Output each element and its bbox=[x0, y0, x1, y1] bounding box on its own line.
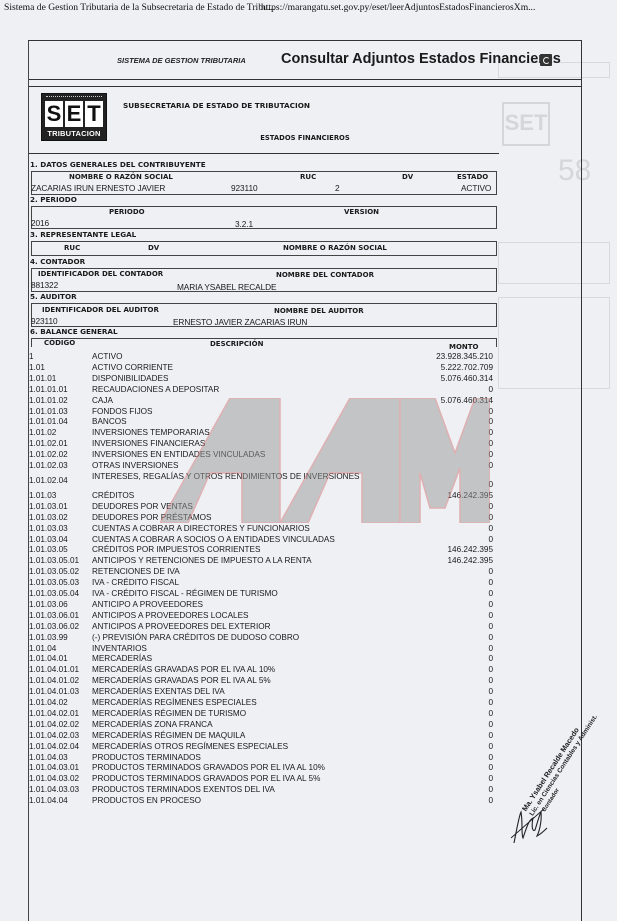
row-description: CRÉDITOS POR IMPUESTOS CORRIENTES bbox=[92, 545, 362, 555]
table-row: 1.01.03.06ANTICIPO A PROVEEDORES0 bbox=[29, 600, 493, 611]
table-row: 1.01.01.04BANCOS0 bbox=[29, 417, 493, 428]
table-row: 1.01.04.02.03MERCADERÍAS RÉGIMEN DE MAQU… bbox=[29, 731, 493, 742]
row-code: 1.01.02.01 bbox=[29, 439, 68, 449]
row-code: 1.01.04 bbox=[29, 644, 56, 654]
row-code: 1.01.04.03 bbox=[29, 753, 68, 763]
table-row: 1.01.02.01INVERSIONES FINANCIERAS0 bbox=[29, 439, 493, 450]
table-row: 1.01.04.02MERCADERÍAS REGÍMENES ESPECIAL… bbox=[29, 698, 493, 709]
system-name: SISTEMA DE GESTION TRIBUTARIA bbox=[117, 56, 246, 65]
row-code: 1.01.04.02.03 bbox=[29, 731, 79, 741]
table-row: 1.01.03.06.01ANTICIPOS A PROVEEDORES LOC… bbox=[29, 611, 493, 622]
table-row: 1.01.04.03.02PRODUCTOS TERMINADOS GRAVAD… bbox=[29, 774, 493, 785]
row-code: 1.01.04.03.01 bbox=[29, 763, 79, 773]
table-row: 1.01.04INVENTARIOS0 bbox=[29, 644, 493, 655]
header-nombre-auditor: NOMBRE DEL AUDITOR bbox=[274, 307, 364, 315]
row-description: MERCADERÍAS EXENTAS DEL IVA bbox=[92, 687, 362, 697]
header-nombre: NOMBRE O RAZÓN SOCIAL bbox=[69, 173, 173, 181]
row-code: 1.01.01.02 bbox=[29, 396, 68, 406]
periodo-box: PERIODO VERSION 2016 3.2.1 bbox=[31, 206, 497, 229]
table-row: 1.01.03CRÉDITOS146.242.395 bbox=[29, 491, 493, 502]
document-page: SISTEMA DE GESTION TRIBUTARIA Consultar … bbox=[28, 40, 582, 921]
section-title-periodo: 2. PERIODO bbox=[30, 195, 77, 204]
row-description: ANTICIPOS Y RETENCIONES DE IMPUESTO A LA… bbox=[92, 556, 362, 566]
section-title-balance: 6. BALANCE GENERAL bbox=[30, 327, 118, 336]
header-monto: MONTO bbox=[449, 343, 479, 351]
header-ruc: RUC bbox=[300, 173, 316, 181]
header-dv: DV bbox=[402, 173, 413, 181]
row-description: INTERESES, REGALÍAS Y OTROS RENDIMIENTOS… bbox=[92, 472, 362, 481]
row-code: 1.01.03.06.01 bbox=[29, 611, 79, 621]
row-code: 1.01.04.02.02 bbox=[29, 720, 79, 730]
row-amount: 0 bbox=[488, 774, 493, 784]
row-code: 1.01.01 bbox=[29, 374, 56, 384]
header-id-contador: IDENTIFICADOR DEL CONTADOR bbox=[38, 270, 163, 278]
row-code: 1.01.01.01 bbox=[29, 385, 68, 395]
table-row: 1.01.01DISPONIBILIDADES5.076.460.314 bbox=[29, 374, 493, 385]
row-description: ANTICIPO A PROVEEDORES bbox=[92, 600, 362, 610]
row-amount: 0 bbox=[488, 796, 493, 806]
row-code: 1.01.04.03.03 bbox=[29, 785, 79, 795]
row-description: IVA - CRÉDITO FISCAL - RÉGIMEN DE TURISM… bbox=[92, 589, 362, 599]
row-amount: 0 bbox=[488, 687, 493, 697]
row-amount: 0 bbox=[488, 407, 493, 417]
row-code: 1.01.01.04 bbox=[29, 417, 68, 427]
row-amount: 0 bbox=[488, 535, 493, 545]
value-ruc: 923110 bbox=[231, 183, 257, 193]
table-row: 1.01.03.06.02ANTICIPOS A PROVEEDORES DEL… bbox=[29, 622, 493, 633]
row-description: ANTICIPOS A PROVEEDORES DEL EXTERIOR bbox=[92, 622, 362, 632]
row-code: 1.01.02.02 bbox=[29, 450, 68, 460]
row-code: 1.01.04.01.02 bbox=[29, 676, 79, 686]
header-codigo: CÓDIGO bbox=[44, 339, 75, 347]
row-description: RECAUDACIONES A DEPOSITAR bbox=[92, 385, 362, 395]
row-amount: 0 bbox=[488, 633, 493, 643]
value-nombre: ZACARIAS IRUN ERNESTO JAVIER bbox=[31, 183, 165, 193]
row-description: MERCADERÍAS RÉGIMEN DE MAQUILA bbox=[92, 731, 362, 741]
row-amount: 0 bbox=[488, 524, 493, 534]
row-amount: 5.076.460.314 bbox=[441, 396, 493, 406]
row-description: DEUDORES POR PRÉSTAMOS bbox=[92, 513, 362, 523]
section-title-contribuyente: 1. DATOS GENERALES DEL CONTRIBUYENTE bbox=[30, 160, 206, 169]
table-row: 1.01.04.03.01PRODUCTOS TERMINADOS GRAVAD… bbox=[29, 763, 493, 774]
row-amount: 0 bbox=[488, 785, 493, 795]
row-code: 1.01.01.03 bbox=[29, 407, 68, 417]
auditor-box: IDENTIFICADOR DEL AUDITOR NOMBRE DEL AUD… bbox=[31, 303, 497, 327]
row-amount: 0 bbox=[488, 698, 493, 708]
table-row: 1.01.03.99(-) PREVISIÓN PARA CRÉDITOS DE… bbox=[29, 633, 493, 644]
row-amount: 146.242.395 bbox=[447, 545, 493, 555]
table-row: 1.01.04.03.03PRODUCTOS TERMINADOS EXENTO… bbox=[29, 785, 493, 796]
value-nombre-auditor: ERNESTO JAVIER ZACARIAS IRUN bbox=[173, 317, 307, 327]
section-title-contador: 4. CONTADOR bbox=[30, 257, 85, 266]
row-description: CUENTAS A COBRAR A DIRECTORES Y FUNCIONA… bbox=[92, 524, 362, 534]
value-estado: ACTIVO bbox=[461, 183, 491, 193]
row-code: 1.01.04.04 bbox=[29, 796, 68, 806]
table-row: 1.01.02INVERSIONES TEMPORARIAS0 bbox=[29, 428, 493, 439]
row-code: 1.01.03.02 bbox=[29, 513, 68, 523]
document-title: ESTADOS FINANCIEROS bbox=[29, 134, 581, 142]
header-id-auditor: IDENTIFICADOR DEL AUDITOR bbox=[42, 306, 159, 314]
logo-letter: E bbox=[65, 101, 83, 127]
row-code: 1.01.03.05.01 bbox=[29, 556, 79, 566]
row-code: 1.01.03.06 bbox=[29, 600, 68, 610]
row-description: BANCOS bbox=[92, 417, 362, 427]
table-row: 1.01.03.05.02RETENCIONES DE IVA0 bbox=[29, 567, 493, 578]
row-code: 1.01.03.05 bbox=[29, 545, 68, 555]
row-code: 1.01.03.99 bbox=[29, 633, 68, 643]
row-code: 1.01.03.01 bbox=[29, 502, 68, 512]
row-code: 1.01.04.02 bbox=[29, 698, 68, 708]
table-row: 1.01.01.02CAJA5.076.460.314 bbox=[29, 396, 493, 407]
value-dv: 2 bbox=[335, 183, 340, 193]
logo-letter: T bbox=[85, 101, 103, 127]
row-amount: 0 bbox=[488, 567, 493, 577]
row-amount: 0 bbox=[488, 709, 493, 719]
row-amount: 23.928.345.210 bbox=[436, 352, 493, 362]
row-code: 1.01.03.05.03 bbox=[29, 578, 79, 588]
row-description: MERCADERÍAS GRAVADAS POR EL IVA AL 10% bbox=[92, 665, 362, 675]
table-row: 1.01.02.02INVERSIONES EN ENTIDADES VINCU… bbox=[29, 450, 493, 461]
divider bbox=[29, 153, 499, 154]
row-amount: 0 bbox=[488, 676, 493, 686]
contribuyente-box: NOMBRE O RAZÓN SOCIAL RUC DV ESTADO ZACA… bbox=[31, 171, 497, 195]
row-code: 1.01.03.05.04 bbox=[29, 589, 79, 599]
row-description: ACTIVO CORRIENTE bbox=[92, 363, 362, 373]
section-title-auditor: 5. AUDITOR bbox=[30, 292, 77, 301]
row-amount: 0 bbox=[488, 654, 493, 664]
browser-url: https://marangatu.set.gov.py/eset/leerAd… bbox=[261, 2, 535, 13]
row-description: INVERSIONES EN ENTIDADES VINCULADAS bbox=[92, 450, 362, 460]
balance-header-box bbox=[31, 338, 497, 347]
row-description: IVA - CRÉDITO FISCAL bbox=[92, 578, 362, 588]
row-description: MERCADERÍAS GRAVADAS POR EL IVA AL 5% bbox=[92, 676, 362, 686]
table-row: 1.01.04.01MERCADERÍAS0 bbox=[29, 654, 493, 665]
table-row: 1.01.03.04CUENTAS A COBRAR A SOCIOS O A … bbox=[29, 535, 493, 546]
row-description: PRODUCTOS TERMINADOS GRAVADOS POR EL IVA… bbox=[92, 763, 362, 773]
table-row: 1.01.04.04PRODUCTOS EN PROCESO0 bbox=[29, 796, 493, 807]
row-amount: 0 bbox=[488, 502, 493, 512]
header-nombre: NOMBRE O RAZÓN SOCIAL bbox=[283, 244, 387, 252]
row-description: (-) PREVISIÓN PARA CRÉDITOS DE DUDOSO CO… bbox=[92, 633, 362, 643]
row-code: 1 bbox=[29, 352, 34, 362]
row-description: RETENCIONES DE IVA bbox=[92, 567, 362, 577]
row-code: 1.01 bbox=[29, 363, 45, 373]
table-row: 1.01.04.03PRODUCTOS TERMINADOS0 bbox=[29, 753, 493, 764]
row-code: 1.01.03.04 bbox=[29, 535, 68, 545]
row-amount: 0 bbox=[488, 742, 493, 752]
header-dv: DV bbox=[148, 244, 159, 252]
row-description: PRODUCTOS TERMINADOS EXENTOS DEL IVA bbox=[92, 785, 362, 795]
row-description: CUENTAS A COBRAR A SOCIOS O A ENTIDADES … bbox=[92, 535, 362, 545]
row-description: MERCADERÍAS ZONA FRANCA bbox=[92, 720, 362, 730]
header-periodo: PERIODO bbox=[109, 208, 145, 216]
row-code: 1.01.03.06.02 bbox=[29, 622, 79, 632]
row-description: INVERSIONES TEMPORARIAS bbox=[92, 428, 362, 438]
agency-name: SUBSECRETARIA DE ESTADO DE TRIBUTACION bbox=[123, 101, 310, 110]
header-estado: ESTADO bbox=[457, 173, 488, 181]
section-title-representante: 3. REPRESENTANTE LEGAL bbox=[30, 230, 136, 239]
row-description: INVENTARIOS bbox=[92, 644, 362, 654]
row-amount: 0 bbox=[488, 611, 493, 621]
table-row: 1.01.04.02.04MERCADERÍAS OTROS REGÍMENES… bbox=[29, 742, 493, 753]
row-code: 1.01.02 bbox=[29, 428, 56, 438]
row-amount: 146.242.395 bbox=[447, 556, 493, 566]
header-version: VERSION bbox=[344, 208, 379, 216]
row-code: 1.01.02.04 bbox=[29, 476, 68, 486]
value-periodo: 2016 bbox=[31, 218, 49, 228]
table-row: 1.01.04.01.03MERCADERÍAS EXENTAS DEL IVA… bbox=[29, 687, 493, 698]
table-row: 1.01.04.02.02MERCADERÍAS ZONA FRANCA0 bbox=[29, 720, 493, 731]
row-description: MERCADERÍAS OTROS REGÍMENES ESPECIALES bbox=[92, 742, 362, 752]
header-descripcion: DESCRIPCIÓN bbox=[210, 340, 263, 348]
row-code: 1.01.03 bbox=[29, 491, 56, 501]
row-description: DEUDORES POR VENTAS bbox=[92, 502, 362, 512]
row-amount: 5.076.460.314 bbox=[441, 374, 493, 384]
header-nombre-contador: NOMBRE DEL CONTADOR bbox=[276, 271, 374, 279]
row-description: DISPONIBILIDADES bbox=[92, 374, 362, 384]
row-amount: 0 bbox=[488, 450, 493, 460]
table-row: 1.01.01.01RECAUDACIONES A DEPOSITAR0 bbox=[29, 385, 493, 396]
row-code: 1.01.02.03 bbox=[29, 461, 68, 471]
row-amount: 0 bbox=[488, 513, 493, 523]
row-amount: 0 bbox=[488, 622, 493, 632]
row-amount: 146.242.395 bbox=[447, 491, 493, 501]
row-description: ANTICIPOS A PROVEEDORES LOCALES bbox=[92, 611, 362, 621]
financial-statement: S E T TRIBUTACION SUBSECRETARIA DE ESTAD… bbox=[29, 86, 581, 921]
browser-page-title: Sistema de Gestion Tributaria de la Subs… bbox=[4, 2, 275, 13]
row-description: FONDOS FIJOS bbox=[92, 407, 362, 417]
table-row: 1.01.04.01.02MERCADERÍAS GRAVADAS POR EL… bbox=[29, 676, 493, 687]
row-description: PRODUCTOS TERMINADOS bbox=[92, 753, 362, 763]
row-amount: 0 bbox=[488, 439, 493, 449]
value-version: 3.2.1 bbox=[235, 219, 253, 229]
row-amount: 0 bbox=[488, 665, 493, 675]
table-row: 1.01.03.05.03IVA - CRÉDITO FISCAL0 bbox=[29, 578, 493, 589]
row-amount: 0 bbox=[488, 753, 493, 763]
row-amount: 0 bbox=[488, 461, 493, 471]
row-code: 1.01.03.03 bbox=[29, 524, 68, 534]
representante-box: RUC DV NOMBRE O RAZÓN SOCIAL bbox=[31, 241, 497, 256]
row-description: OTRAS INVERSIONES bbox=[92, 461, 362, 471]
row-description: MERCADERÍAS REGÍMENES ESPECIALES bbox=[92, 698, 362, 708]
table-row: 1ACTIVO23.928.345.210 bbox=[29, 352, 493, 363]
row-amount: 0 bbox=[488, 720, 493, 730]
table-row: 1.01.01.03FONDOS FIJOS0 bbox=[29, 407, 493, 418]
row-code: 1.01.04.03.02 bbox=[29, 774, 79, 784]
balance-table: 1ACTIVO23.928.345.2101.01ACTIVO CORRIENT… bbox=[29, 352, 497, 921]
row-amount: 0 bbox=[488, 417, 493, 427]
table-row: 1.01.03.02DEUDORES POR PRÉSTAMOS0 bbox=[29, 513, 493, 524]
row-description: CRÉDITOS bbox=[92, 491, 362, 501]
contador-box: IDENTIFICADOR DEL CONTADOR NOMBRE DEL CO… bbox=[31, 268, 497, 292]
table-row: 1.01.02.03OTRAS INVERSIONES0 bbox=[29, 461, 493, 472]
page-title: Consultar Adjuntos Estados Financieros bbox=[281, 51, 561, 67]
row-description: MERCADERÍAS RÉGIMEN DE TURISMO bbox=[92, 709, 362, 719]
header-ruc: RUC bbox=[64, 244, 80, 252]
value-nombre-contador: MARIA YSABEL RECALDE bbox=[177, 282, 276, 292]
table-row: 1.01.04.02.01MERCADERÍAS RÉGIMEN DE TURI… bbox=[29, 709, 493, 720]
row-amount: 0 bbox=[488, 644, 493, 654]
row-amount: 0 bbox=[488, 578, 493, 588]
row-description: ACTIVO bbox=[92, 352, 362, 362]
row-amount: 0 bbox=[488, 600, 493, 610]
row-amount: 0 bbox=[488, 385, 493, 395]
value-id-auditor: 923110 bbox=[31, 316, 57, 326]
print-header: Sistema de Gestion Tributaria de la Subs… bbox=[0, 0, 617, 20]
logo-letter: S bbox=[45, 101, 63, 127]
row-amount: 0 bbox=[488, 428, 493, 438]
row-code: 1.01.04.01.01 bbox=[29, 665, 79, 675]
row-amount: 0 bbox=[488, 480, 493, 490]
row-code: 1.01.03.05.02 bbox=[29, 567, 79, 577]
row-description: CAJA bbox=[92, 396, 362, 406]
table-row: 1.01.03.01DEUDORES POR VENTAS0 bbox=[29, 502, 493, 513]
table-row: 1.01ACTIVO CORRIENTE5.222.702.709 bbox=[29, 363, 493, 374]
row-code: 1.01.04.01.03 bbox=[29, 687, 79, 697]
row-description: PRODUCTOS TERMINADOS GRAVADOS POR EL IVA… bbox=[92, 774, 362, 784]
row-description: MERCADERÍAS bbox=[92, 654, 362, 664]
row-amount: 0 bbox=[488, 763, 493, 773]
table-row: 1.01.04.01.01MERCADERÍAS GRAVADAS POR EL… bbox=[29, 665, 493, 676]
row-code: 1.01.04.02.04 bbox=[29, 742, 79, 752]
row-amount: 0 bbox=[488, 589, 493, 599]
row-amount: 0 bbox=[488, 731, 493, 741]
title-bar: SISTEMA DE GESTION TRIBUTARIA Consultar … bbox=[29, 41, 581, 80]
row-code: 1.01.04.01 bbox=[29, 654, 68, 664]
value-id-contador: 881322 bbox=[31, 280, 58, 290]
row-description: INVERSIONES FINANCIERAS bbox=[92, 439, 362, 449]
help-icon[interactable] bbox=[540, 54, 552, 66]
table-row: 1.01.03.05.04IVA - CRÉDITO FISCAL - RÉGI… bbox=[29, 589, 493, 600]
table-row: 1.01.03.03CUENTAS A COBRAR A DIRECTORES … bbox=[29, 524, 493, 535]
table-row: 1.01.03.05CRÉDITOS POR IMPUESTOS CORRIEN… bbox=[29, 545, 493, 556]
table-row: 1.01.03.05.01ANTICIPOS Y RETENCIONES DE … bbox=[29, 556, 493, 567]
table-row: 1.01.02.04INTERESES, REGALÍAS Y OTROS RE… bbox=[29, 472, 493, 491]
row-description: PRODUCTOS EN PROCESO bbox=[92, 796, 362, 806]
row-code: 1.01.04.02.01 bbox=[29, 709, 79, 719]
row-amount: 5.222.702.709 bbox=[441, 363, 493, 373]
